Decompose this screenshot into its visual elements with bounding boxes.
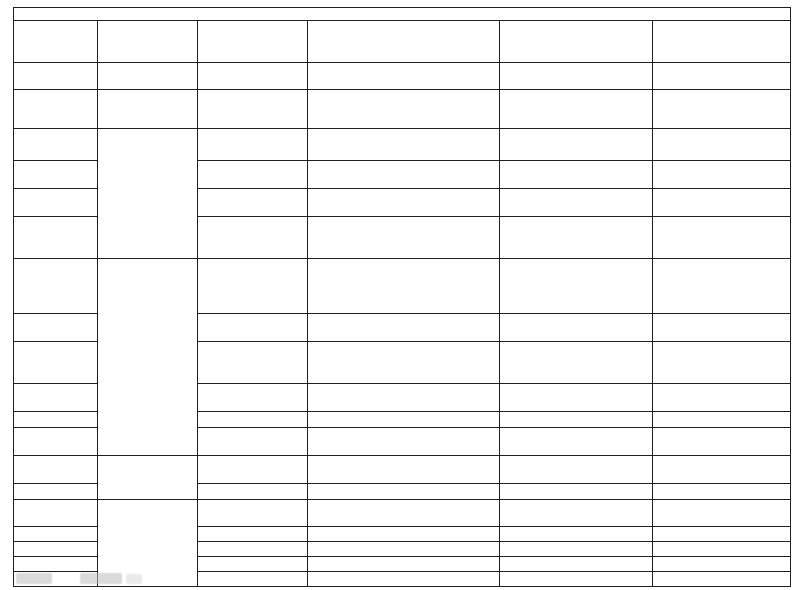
cell-cycle	[653, 342, 791, 384]
cell-category	[14, 189, 98, 217]
cell-cycle	[653, 384, 791, 412]
cell-latest	[198, 527, 308, 542]
cell-cycle	[653, 542, 791, 557]
cell-category	[14, 384, 98, 412]
cell-cycle	[653, 189, 791, 217]
table-row	[14, 456, 791, 484]
cell-category	[14, 314, 98, 342]
cell-category	[14, 342, 98, 384]
cell-measure	[308, 456, 500, 484]
cell-latest	[198, 217, 308, 259]
title-row	[14, 8, 791, 21]
cell-category	[14, 161, 98, 189]
cell-install	[500, 342, 653, 384]
cell-install	[500, 384, 653, 412]
cell-category	[14, 456, 98, 484]
table-row	[14, 129, 791, 161]
cell-cycle	[653, 572, 791, 587]
cell-category	[14, 428, 98, 456]
cell-cycle	[653, 412, 791, 428]
cell-latest	[198, 259, 308, 314]
cell-latest	[198, 428, 308, 456]
cell-latest	[198, 456, 308, 484]
cell-category	[14, 259, 98, 314]
cell-category	[14, 484, 98, 500]
cell-install	[500, 428, 653, 456]
cell-cycle	[653, 484, 791, 500]
cell-install	[500, 129, 653, 161]
cell-phase	[98, 456, 198, 500]
cell-install	[500, 90, 653, 129]
cell-install	[500, 412, 653, 428]
cell-latest	[198, 500, 308, 527]
cell-measure	[308, 428, 500, 456]
cell-category	[14, 129, 98, 161]
cell-latest	[198, 342, 308, 384]
cell-category	[14, 63, 98, 90]
cell-measure	[308, 500, 500, 527]
cell-install	[500, 217, 653, 259]
cell-install	[500, 500, 653, 527]
cell-latest	[198, 189, 308, 217]
cell-latest	[198, 484, 308, 500]
table-row	[14, 500, 791, 527]
col-header-install-time	[500, 21, 653, 63]
cell-measure	[308, 527, 500, 542]
cell-latest	[198, 384, 308, 412]
col-header-latest-buy	[198, 21, 308, 63]
cell-measure	[308, 161, 500, 189]
cell-category	[14, 217, 98, 259]
cell-cycle	[653, 500, 791, 527]
cell-cycle	[653, 90, 791, 129]
cell-cycle	[653, 557, 791, 572]
col-header-production-cycle	[653, 21, 791, 63]
cell-measure	[308, 314, 500, 342]
cell-cycle	[653, 129, 791, 161]
cell-latest	[198, 314, 308, 342]
header-row	[14, 21, 791, 63]
cell-measure	[308, 572, 500, 587]
cell-install	[500, 557, 653, 572]
cell-cycle	[653, 217, 791, 259]
cell-install	[500, 542, 653, 557]
cell-cycle	[653, 527, 791, 542]
col-header-category	[14, 21, 98, 63]
cell-phase	[98, 259, 198, 456]
cell-measure	[308, 542, 500, 557]
cell-category	[14, 500, 98, 527]
cell-install	[500, 572, 653, 587]
cell-latest	[198, 63, 308, 90]
cell-measure	[308, 90, 500, 129]
cell-measure	[308, 63, 500, 90]
cell-cycle	[653, 314, 791, 342]
cell-cycle	[653, 428, 791, 456]
cell-category	[14, 542, 98, 557]
cell-cycle	[653, 161, 791, 189]
cell-install	[500, 484, 653, 500]
cell-latest	[198, 161, 308, 189]
cell-phase	[98, 129, 198, 259]
cell-category	[14, 412, 98, 428]
watermark	[80, 573, 122, 584]
cell-cycle	[653, 259, 791, 314]
table-title	[14, 8, 791, 21]
cell-install	[500, 456, 653, 484]
cell-latest	[198, 542, 308, 557]
table-row	[14, 90, 791, 129]
cell-latest	[198, 129, 308, 161]
cell-phase	[98, 63, 198, 90]
cell-category	[14, 90, 98, 129]
cell-measure	[308, 412, 500, 428]
table-row	[14, 259, 791, 314]
cell-category	[14, 527, 98, 542]
cell-measure	[308, 384, 500, 412]
cell-phase	[98, 90, 198, 129]
cell-install	[500, 63, 653, 90]
materials-schedule-table	[13, 7, 791, 587]
cell-cycle	[653, 456, 791, 484]
cell-measure	[308, 259, 500, 314]
cell-measure	[308, 342, 500, 384]
cell-measure	[308, 189, 500, 217]
cell-install	[500, 314, 653, 342]
watermark	[126, 574, 142, 584]
cell-install	[500, 189, 653, 217]
table-row	[14, 63, 791, 90]
col-header-phase	[98, 21, 198, 63]
cell-measure	[308, 217, 500, 259]
cell-latest	[198, 557, 308, 572]
cell-install	[500, 527, 653, 542]
cell-latest	[198, 90, 308, 129]
cell-install	[500, 161, 653, 189]
cell-measure	[308, 484, 500, 500]
cell-category	[14, 557, 98, 572]
col-header-measure-time	[308, 21, 500, 63]
cell-measure	[308, 557, 500, 572]
cell-measure	[308, 129, 500, 161]
cell-install	[500, 259, 653, 314]
cell-cycle	[653, 63, 791, 90]
watermark	[16, 573, 52, 584]
cell-latest	[198, 412, 308, 428]
cell-latest	[198, 572, 308, 587]
